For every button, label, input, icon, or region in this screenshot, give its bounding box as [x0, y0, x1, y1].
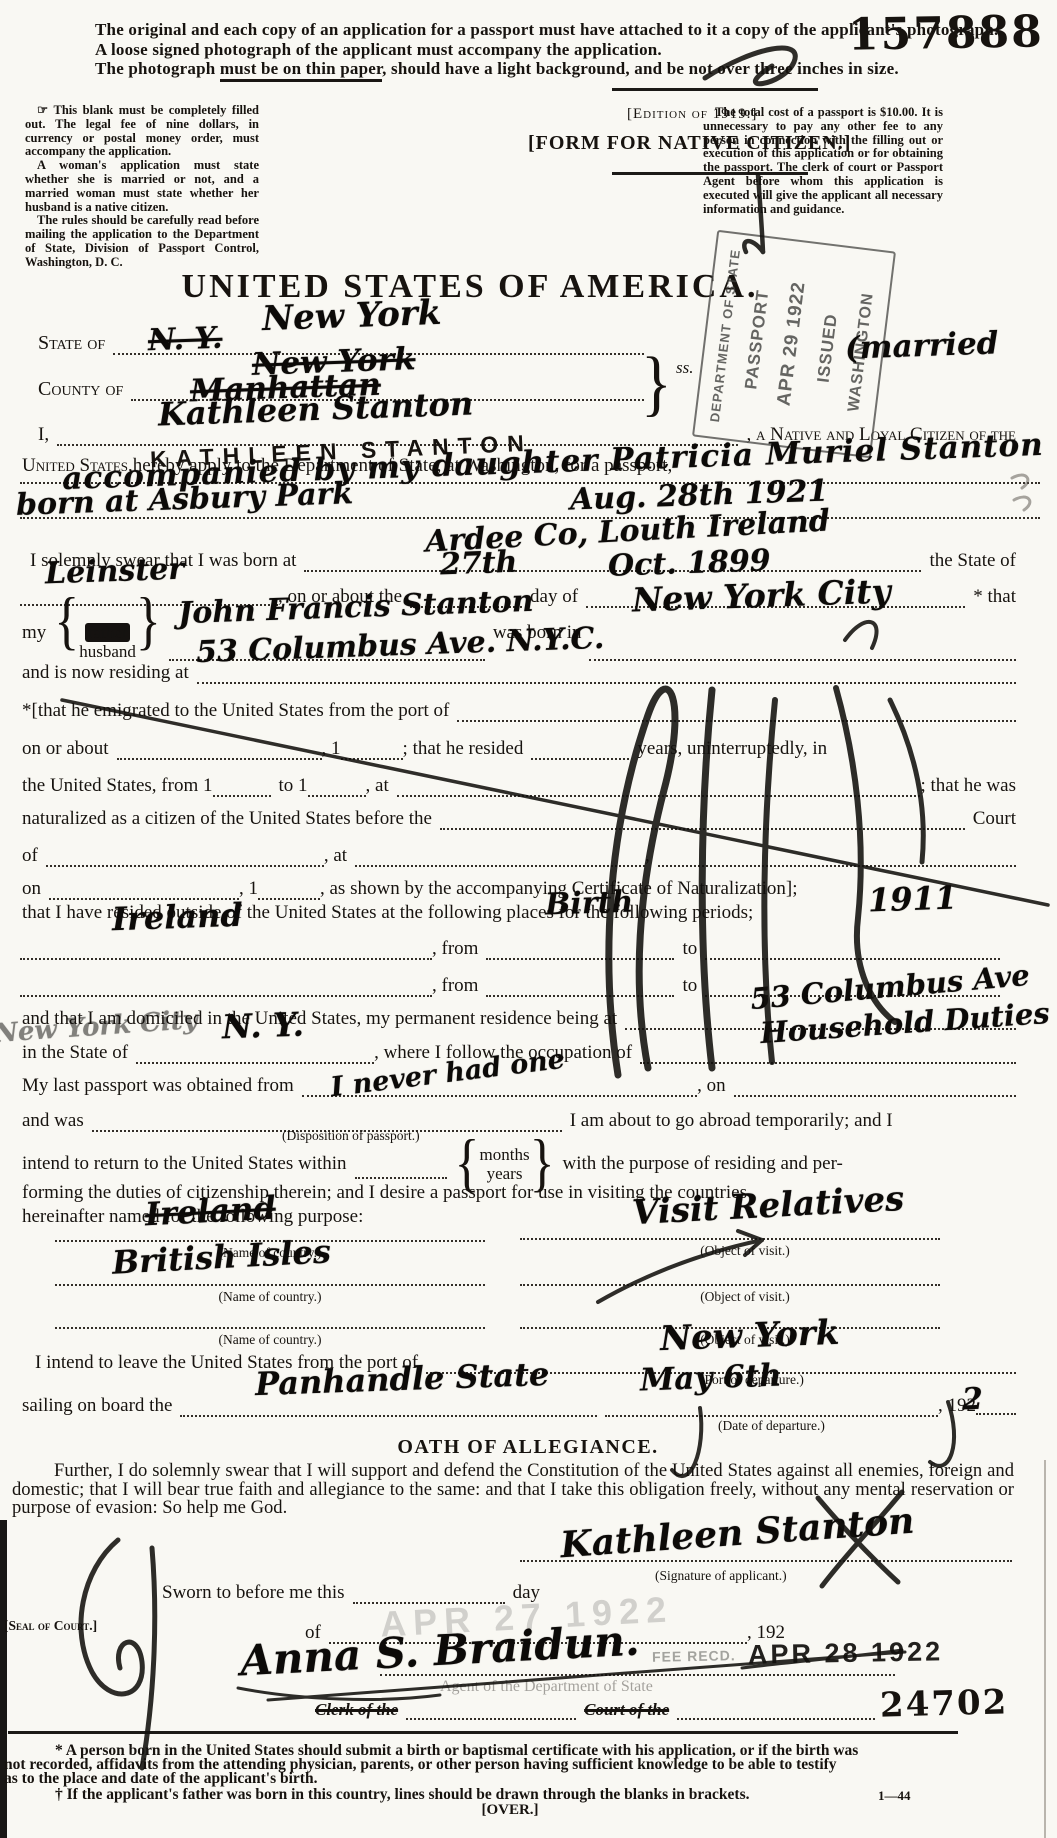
disposition-label: (Disposition of passport.)	[282, 1128, 420, 1144]
from-year-blank	[213, 775, 271, 797]
object2-label: (Object of visit.)	[645, 1289, 845, 1305]
husband-birthplace-blank	[589, 622, 1016, 661]
seal-of-court-label: [Seal of Court.]	[4, 1618, 97, 1634]
and-was: and was	[22, 1110, 84, 1132]
father-option: father	[85, 623, 131, 642]
field-emigration-date: on or about , 1 ; that he resided years,…	[22, 738, 1016, 760]
father-husband-stack: father husband	[79, 623, 136, 661]
hw-period1-place: Ireland	[111, 896, 243, 939]
scan-edge-left	[0, 1520, 7, 1838]
hw-day-value: 27th	[439, 545, 518, 583]
left-notice-p2: A woman's application must state whether…	[25, 159, 259, 214]
left-notice-p3: The rules should be carefully read befor…	[25, 214, 259, 269]
resided-years-blank	[531, 738, 629, 760]
ss-brace: }	[641, 340, 672, 425]
nat-year-blank	[258, 878, 320, 900]
instruction-line-3: The photograph must be on thin paper, sh…	[95, 59, 899, 79]
hw-port: New York	[659, 1313, 840, 1359]
left-notice-p1: ☞ This blank must be completely filled o…	[25, 104, 259, 159]
of-label: of	[22, 845, 38, 867]
emigration-date-blank	[117, 738, 322, 760]
court-extra-blank	[658, 845, 1016, 867]
serial-number-bottom: 24702	[879, 1682, 1008, 1725]
right-notice: The total cost of a passport is $10.00. …	[703, 106, 943, 216]
clerk-blank	[406, 1700, 576, 1720]
us-from: the United States, from 1	[22, 775, 213, 797]
that-he-was: ; that he was	[920, 775, 1016, 797]
field-clerk-court: Clerk of the Court of the	[315, 1700, 875, 1720]
object2-blank	[520, 1272, 940, 1286]
naturalized-line: naturalized as a citizen of the United S…	[22, 808, 432, 830]
divider-top	[612, 88, 818, 91]
field-period-1: , from to	[20, 938, 1000, 960]
years-option: years	[487, 1164, 523, 1183]
state2-blank	[136, 1042, 374, 1064]
dept-of-state-faint: Agent of the Department of State	[440, 1678, 653, 1696]
instruction-line-3-pre: The photograph	[95, 59, 220, 78]
last-passport-label: My last passport was obtained from	[22, 1075, 294, 1097]
day-of: day of	[530, 586, 578, 608]
county-label: County of	[38, 378, 123, 401]
at-1: , at	[366, 775, 389, 797]
my-label: my	[22, 622, 46, 644]
field-residence: and is now residing at	[22, 662, 1016, 684]
hw-year-digit: 2	[961, 1382, 983, 1418]
emigration-port-blank	[457, 700, 1016, 722]
on-2: , on	[697, 1075, 726, 1097]
return-duration-blank	[355, 1177, 447, 1179]
form-number: 1—44	[878, 1788, 911, 1804]
sworn-label: Sworn to before me this	[162, 1582, 345, 1604]
underlined-phrase: must be on thin paper	[220, 59, 382, 82]
over-label: [OVER.]	[380, 1802, 640, 1819]
to-label-2: to	[682, 975, 697, 997]
fee-date-stamp: APR 28 1922	[748, 1636, 944, 1670]
hw-state-value: New York	[261, 293, 442, 339]
hw-period1-to: 1911	[867, 878, 957, 919]
scan-edge-right	[1044, 1460, 1046, 1838]
hw-married-note: (married	[844, 325, 999, 366]
fee-received-label: FEE RECD.	[652, 1647, 736, 1664]
country2-label: (Name of country.)	[160, 1289, 380, 1305]
instruction-line-2: A loose signed photograph of the applica…	[95, 40, 662, 60]
to-label-1: to	[682, 938, 697, 960]
country3-blank	[55, 1315, 485, 1329]
field-court-of: of , at ,	[22, 845, 1016, 867]
field-naturalized: naturalized as a citizen of the United S…	[22, 808, 1016, 830]
court-of-label: Court of the	[584, 1700, 669, 1720]
emigration-year-blank	[341, 738, 403, 760]
field-us-residence-period: the United States, from 1 to 1 , at ; th…	[22, 775, 1016, 797]
last-passport-date-blank	[734, 1075, 1016, 1097]
field-disposition: and was I am about to go abroad temporar…	[22, 1110, 1016, 1132]
on-label: on	[22, 878, 41, 900]
court-at-blank	[355, 845, 645, 867]
to-year-blank	[308, 775, 366, 797]
period2-from-blank	[486, 975, 674, 997]
left-notice: ☞ This blank must be completely filled o…	[25, 104, 259, 270]
serial-number-top: 157888	[848, 6, 1045, 60]
signature-label: (Signature of applicant.)	[655, 1568, 787, 1584]
sail-date-blank	[605, 1395, 938, 1417]
hw-country1: Ireland	[144, 1189, 277, 1234]
residing-label: and is now residing at	[22, 662, 189, 684]
swear-post: the State of	[929, 550, 1016, 572]
from-label-2: , from	[432, 975, 478, 997]
court-blank	[440, 808, 965, 830]
page-title: UNITED STATES OF AMERICA.	[140, 268, 800, 306]
hw-sail-date: May 6th	[639, 1358, 782, 1399]
with-purpose: with the purpose of residing and per-	[563, 1153, 843, 1175]
object1-blank	[520, 1226, 940, 1240]
passport-application-page: The original and each copy of an applica…	[0, 0, 1057, 1838]
footer-rule	[8, 1731, 958, 1734]
emigrated-line: *[that he emigrated to the United States…	[22, 700, 449, 722]
country3-label: (Name of country.)	[160, 1332, 380, 1348]
hw-period1-from: Birth	[544, 884, 633, 922]
period1-place-blank	[20, 938, 432, 960]
ss-label: ss.	[676, 358, 693, 378]
intend-label: intend to return to the United States wi…	[22, 1153, 347, 1175]
star-that: * that	[973, 586, 1016, 608]
right-notice-p1: The total cost of a passport is $10.00. …	[703, 106, 943, 216]
field-emigrated: *[that he emigrated to the United States…	[22, 700, 1016, 722]
field-vessel: sailing on board the , 192	[22, 1395, 1016, 1417]
hw-husband-birthplace: New York City	[631, 571, 891, 619]
husband-option: husband	[79, 642, 136, 661]
abroad-text: I am about to go abroad temporarily; and…	[570, 1110, 893, 1132]
at-2: , at	[324, 845, 347, 867]
resided-mid: ; that he resided	[403, 738, 524, 760]
court-label: Court	[973, 808, 1016, 830]
court-blank-2	[677, 1700, 875, 1720]
to-1: to 1	[279, 775, 308, 797]
state-label: State of	[38, 332, 105, 355]
field-return: intend to return to the United States wi…	[22, 1145, 1016, 1183]
months-years-stack: months years	[480, 1145, 530, 1183]
hw-state-crossed: N. Y.	[147, 321, 223, 359]
sailing-label: sailing on board the	[22, 1395, 172, 1417]
court-of-blank	[46, 845, 324, 867]
oath-title: OATH OF ALLEGIANCE.	[378, 1436, 678, 1459]
period1-from-blank	[486, 938, 674, 960]
date-label: (Date of departure.)	[718, 1418, 825, 1434]
on-or-about-2: on or about	[22, 738, 109, 760]
resided-end: years, uninterruptedly, in	[637, 738, 827, 760]
period1-to-blank	[705, 938, 1000, 960]
object1-label: (Object of visit.)	[645, 1243, 845, 1259]
hw-leinster: Leinster	[44, 552, 184, 592]
months-option: months	[480, 1145, 530, 1164]
from-label-1: , from	[432, 938, 478, 960]
instruction-line-3-post: , should have a light background, and be…	[382, 59, 899, 78]
hw-state2: N. Y.	[221, 1005, 304, 1047]
i-label: I,	[38, 424, 49, 446]
period2-place-blank	[20, 975, 432, 997]
clerk-label: Clerk of the	[315, 1700, 398, 1720]
at-place-blank	[397, 775, 921, 797]
comma: ,	[645, 845, 650, 867]
one-1: , 1	[322, 738, 341, 760]
